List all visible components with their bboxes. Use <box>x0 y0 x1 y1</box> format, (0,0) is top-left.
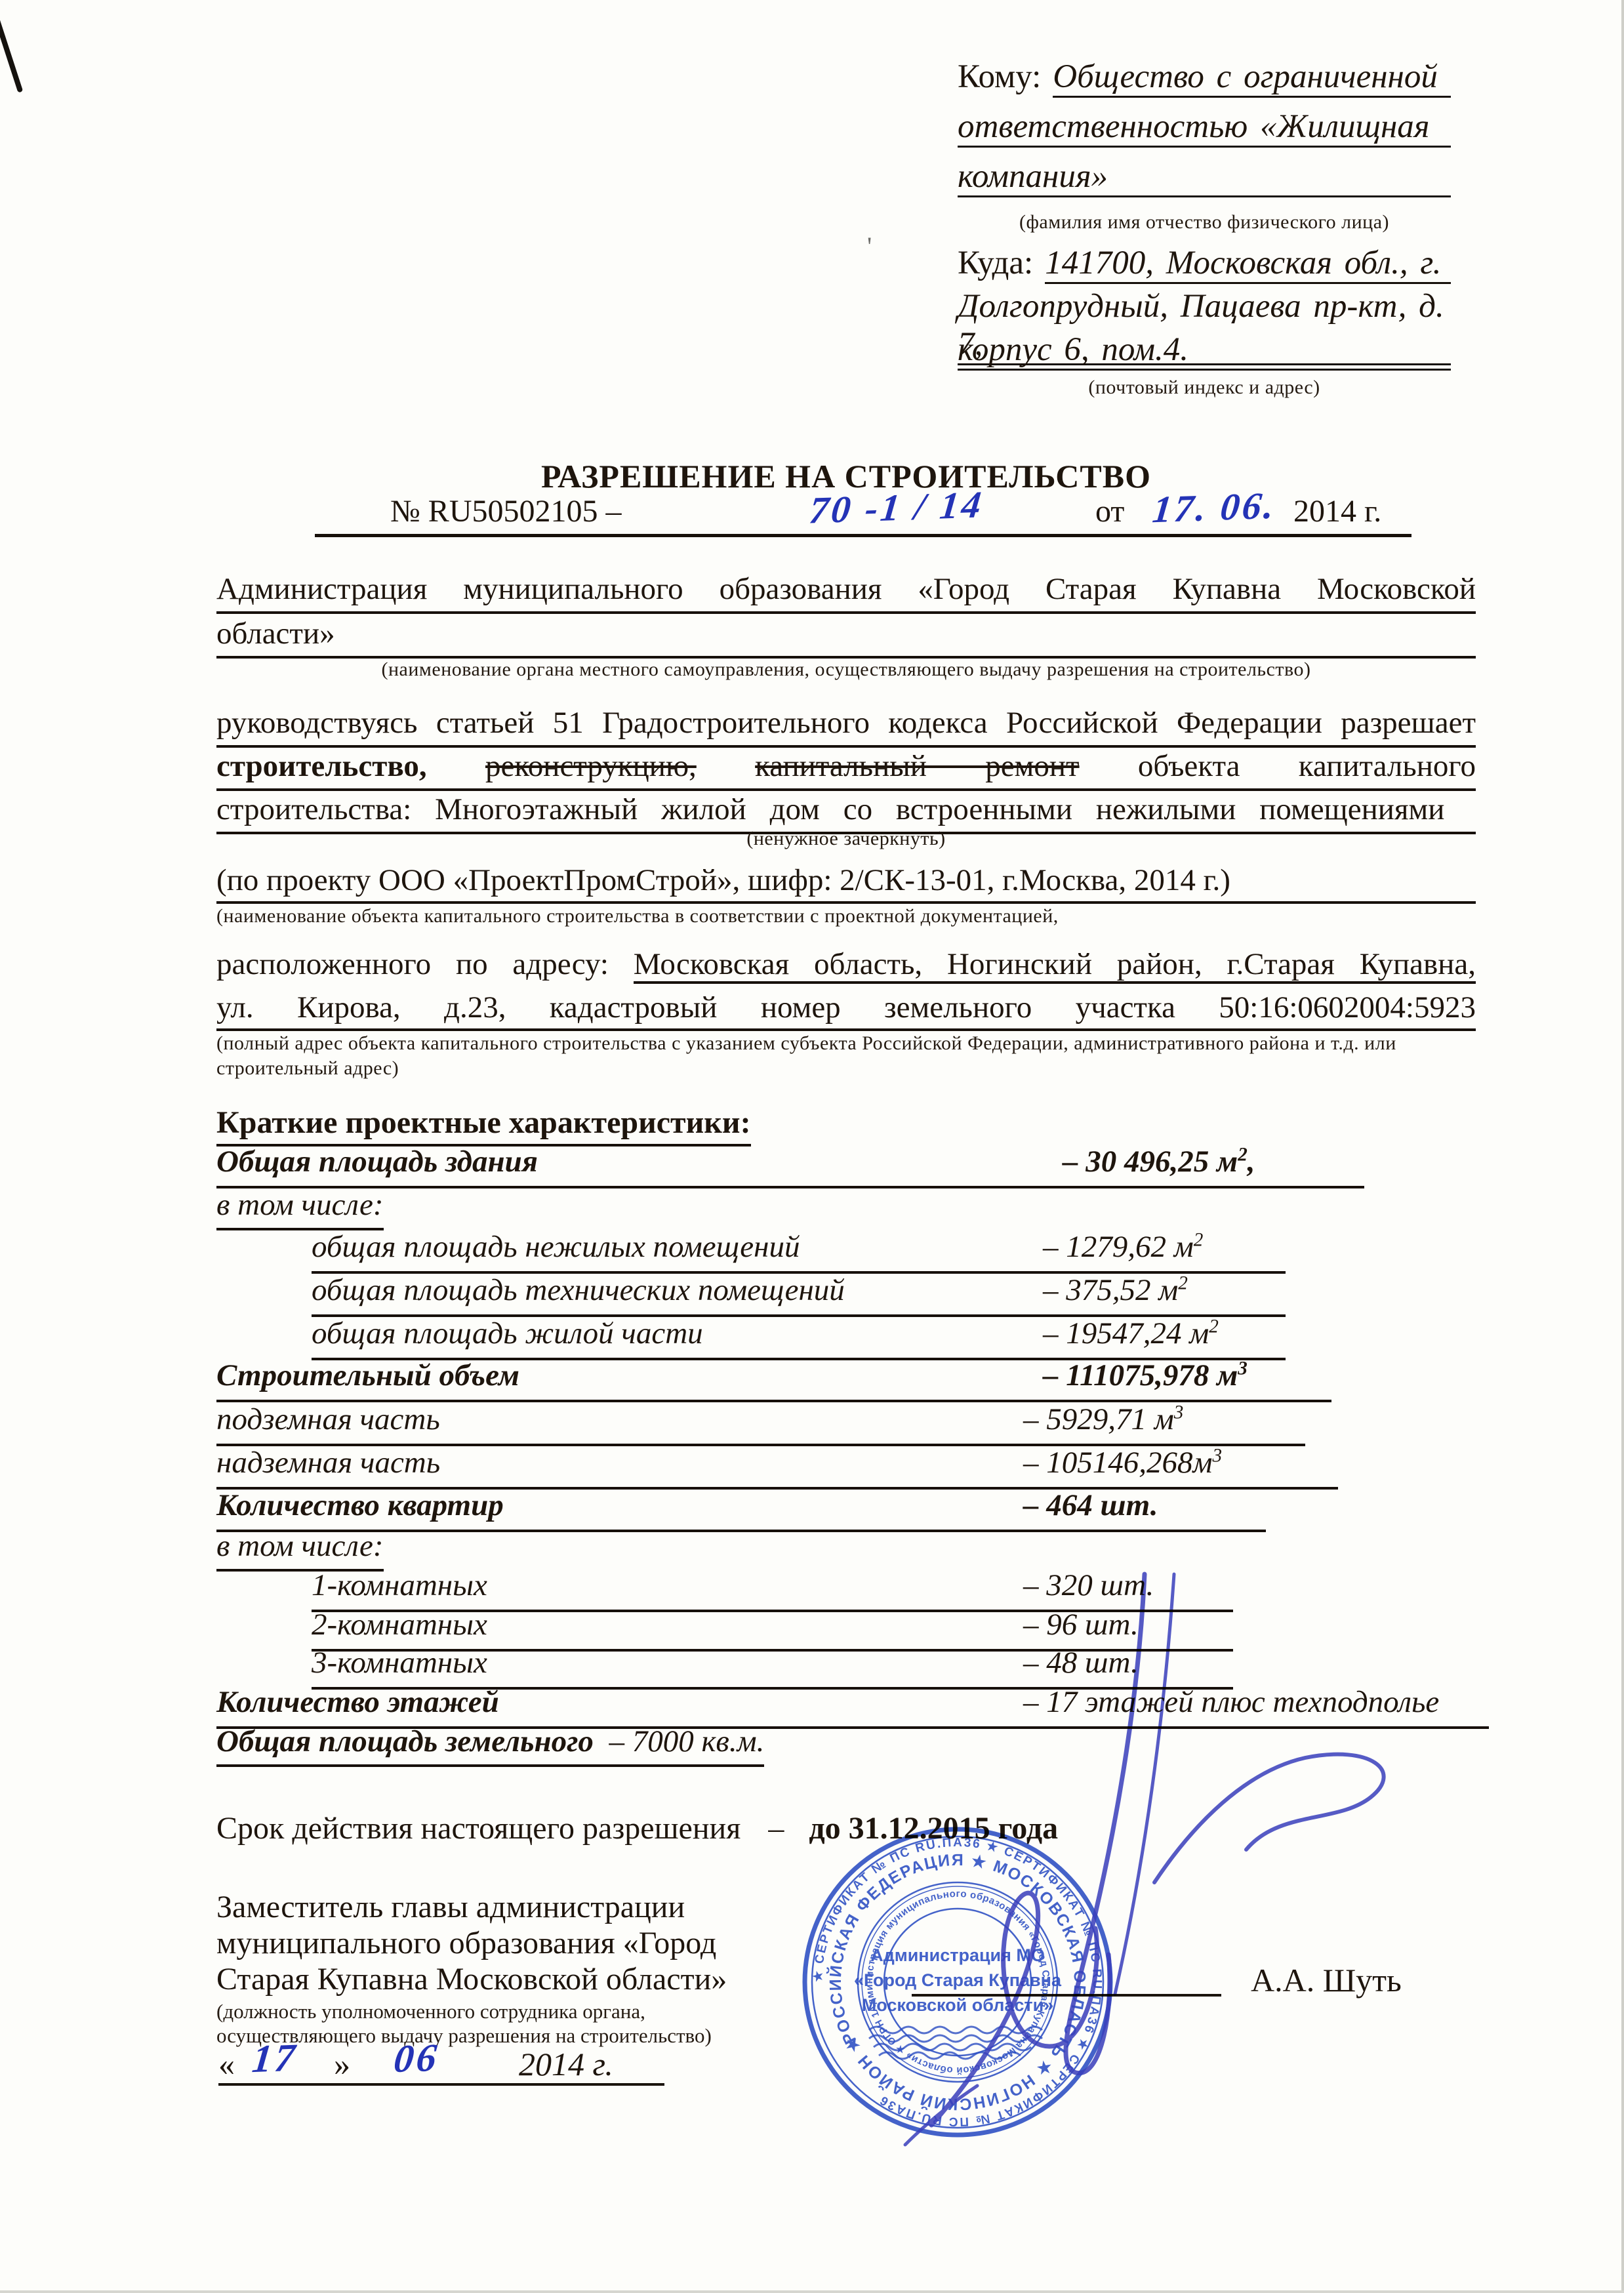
permit-basis-line: руководствуясь статьей 51 Градостроитель… <box>216 703 1476 748</box>
location-caption-2: строительный адрес) <box>216 1056 1502 1081</box>
location-line-1: расположенного по адресу: Московская обл… <box>216 944 1476 986</box>
row-label: общая площадь нежилых помещений <box>312 1230 800 1264</box>
scan-edge-right <box>1621 0 1624 2293</box>
project-caption: (наименование объекта капитального строи… <box>216 905 1476 927</box>
issuer-caption: (наименование органа местного самоуправл… <box>216 659 1476 681</box>
issue-date-line: « 17 » 06 2014 г. <box>218 2045 678 2083</box>
recipient-line-3: компания» <box>958 157 1451 207</box>
recipient-to-value-1: Общество с ограниченной <box>1053 58 1451 98</box>
row-label: 3-комнатных <box>312 1646 487 1680</box>
row-label: общая площадь технических помещений <box>312 1273 845 1307</box>
address-block: Куда: 141700, Московская обл., г. Долгоп… <box>958 244 1451 399</box>
row-label: надземная часть <box>216 1446 440 1480</box>
svg-text:«Город Старая Купавна: «Город Старая Купавна <box>854 1970 1062 1990</box>
recipient-caption: (фамилия имя отчество физического лица) <box>958 211 1451 233</box>
table-row: надземная часть – 105146,268м3 <box>216 1445 1338 1490</box>
address-to-label: Куда: <box>958 244 1045 282</box>
recipient-to-label: Кому: <box>958 58 1053 96</box>
location-caption-1: (полный адрес объекта капитального строи… <box>216 1031 1502 1056</box>
date-year: 2014 г. <box>519 2045 613 2083</box>
subtotal-header: в том числе: <box>216 1187 384 1230</box>
location-value-1: Московская область, Ногинский район, г.С… <box>634 947 1476 984</box>
row-value: – 111075,978 м3 <box>1043 1358 1248 1393</box>
date-close-quote: » <box>334 2045 350 2083</box>
svg-text:Московской области»: Московской области» <box>862 1995 1054 2015</box>
table-row: общая площадь технических помещений – 37… <box>312 1272 1286 1317</box>
permit-object-value: Многоэтажный жилой дом со встроенными не… <box>435 792 1444 826</box>
row-label: Строительный объем <box>216 1358 519 1392</box>
permit-number-underline <box>315 534 1411 537</box>
scan-corner-artifact <box>0 4 23 93</box>
row-value: – 30 496,25 м2, <box>1063 1144 1255 1179</box>
permit-action-line: строительство, реконструкцию, капитальны… <box>216 746 1476 791</box>
row-label: общая площадь жилой части <box>312 1316 703 1350</box>
address-line-1: Куда: 141700, Московская обл., г. <box>958 244 1451 287</box>
row-value: – 375,52 м2 <box>1043 1272 1188 1308</box>
row-label: Общая площадь здания <box>216 1145 538 1179</box>
stamp-and-signature: ★ СЕРТИФИКАТ № ПС RU.ПА36 ★ СЕРТИФИКАТ №… <box>721 1509 1541 2263</box>
row-label: 1-комнатных <box>312 1568 487 1602</box>
row-label: подземная часть <box>216 1402 440 1436</box>
row-value: – 19547,24 м2 <box>1043 1316 1219 1351</box>
permit-action-struck-1: реконструкцию, <box>485 749 697 783</box>
permit-action-kept: строительство, <box>216 749 427 783</box>
location-caption: (полный адрес объекта капитального строи… <box>216 1031 1502 1081</box>
recipient-block: Кому: Общество с ограниченной ответствен… <box>958 58 1451 233</box>
row-label: 2-комнатных <box>312 1608 487 1642</box>
cross-out-caption: (ненужное зачеркнуть) <box>216 828 1476 850</box>
permit-number-prefix: № RU50502105 – <box>390 493 621 529</box>
scan-edge-bottom <box>0 2290 1624 2293</box>
recipient-to-value-2: ответственностью «Жилищная <box>958 108 1451 148</box>
svg-text:Администрация МО: Администрация МО <box>870 1945 1045 1965</box>
recipient-to-value-3: компания» <box>958 157 1451 197</box>
recipient-line-2: ответственностью «Жилищная <box>958 108 1451 157</box>
validity-label: Срок действия настоящего разрешения <box>216 1811 741 1846</box>
stamp-graphic: ★ СЕРТИФИКАТ № ПС RU.ПА36 ★ СЕРТИФИКАТ №… <box>721 1509 1541 2263</box>
row-value: – 1279,62 м2 <box>1043 1229 1203 1265</box>
table-row: общая площадь жилой части – 19547,24 м2 <box>312 1316 1286 1360</box>
permit-object-label: строительства: <box>216 792 411 826</box>
issue-date-underline <box>218 2083 664 2086</box>
address-line-3: корпус 6, пом.4. <box>958 331 1451 374</box>
project-line: (по проекту ООО «ПроектПромСтрой», шифр:… <box>216 861 1476 904</box>
table-row: подземная часть – 5929,71 м3 <box>216 1402 1305 1446</box>
subtotal-header: в том числе: <box>216 1528 384 1572</box>
row-value <box>601 1724 609 1758</box>
permit-action-rest-1: объекта <box>1138 749 1240 783</box>
table-row: общая площадь нежилых помещений – 1279,6… <box>312 1229 1286 1274</box>
date-day-handwritten: 17 <box>250 2035 300 2082</box>
address-line-2: Долгопрудный, Пацаева пр-кт, д. 7, <box>958 287 1451 331</box>
table-row: Общая площадь земельного – 7000 кв.м. <box>216 1724 764 1767</box>
document-page: ' Кому: Общество с ограниченной ответств… <box>0 0 1624 2293</box>
location-line-2: ул. Кирова, д.23, кадастровый номер земе… <box>216 988 1476 1031</box>
row-value: – 5929,71 м3 <box>1023 1402 1183 1437</box>
permit-ot-label: от <box>1095 493 1124 529</box>
permit-object-filler <box>1468 792 1476 826</box>
recipient-line-1: Кому: Общество с ограниченной <box>958 58 1451 108</box>
address-value-3: корпус 6, пом.4. <box>958 331 1451 371</box>
issuer-line-2: области» <box>216 614 1476 659</box>
permit-action-struck-2: капитальный ремонт <box>755 749 1079 783</box>
permit-action-rest-2: капитального <box>1299 749 1476 783</box>
permit-year-printed: 2014 г. <box>1293 493 1381 529</box>
row-label: Количество квартир <box>216 1488 504 1522</box>
location-label: расположенного по адресу: <box>216 947 609 981</box>
date-month-handwritten: 06 <box>392 2035 441 2082</box>
svg-text:РОССИЙСКАЯ ФЕДЕРАЦИЯ ★ МОСКОВС: РОССИЙСКАЯ ФЕДЕРАЦИЯ ★ МОСКОВСКАЯ ОБЛАСТ… <box>721 1509 1137 2217</box>
table-row: Общая площадь здания – 30 496,25 м2, <box>216 1144 1364 1188</box>
characteristics-heading: Краткие проектные характеристики: <box>216 1105 751 1146</box>
address-value-1: 141700, Московская обл., г. <box>1045 244 1451 284</box>
permit-number-line: № RU50502105 – 70 -1 / 14 от 17. 06. 201… <box>216 493 1476 534</box>
address-caption: (почтовый индекс и адрес) <box>958 376 1451 399</box>
issuer-line-1: Администрация муниципального образования… <box>216 569 1476 614</box>
stamp-text: ★ СЕРТИФИКАТ № ПС RU.ПА36 ★ СЕРТИФИКАТ №… <box>721 1509 1137 2217</box>
date-open-quote: « <box>218 2045 235 2083</box>
row-label: Количество этажей <box>216 1685 499 1719</box>
table-row: Строительный объем – 111075,978 м3 <box>216 1358 1331 1402</box>
row-value: – 105146,268м3 <box>1023 1445 1222 1480</box>
row-label: Общая площадь земельного <box>216 1724 594 1758</box>
permit-number-handwritten: 70 -1 / 14 <box>807 482 986 532</box>
scan-speck: ' <box>867 231 872 262</box>
permit-date-handwritten: 17. 06. <box>1150 483 1278 532</box>
